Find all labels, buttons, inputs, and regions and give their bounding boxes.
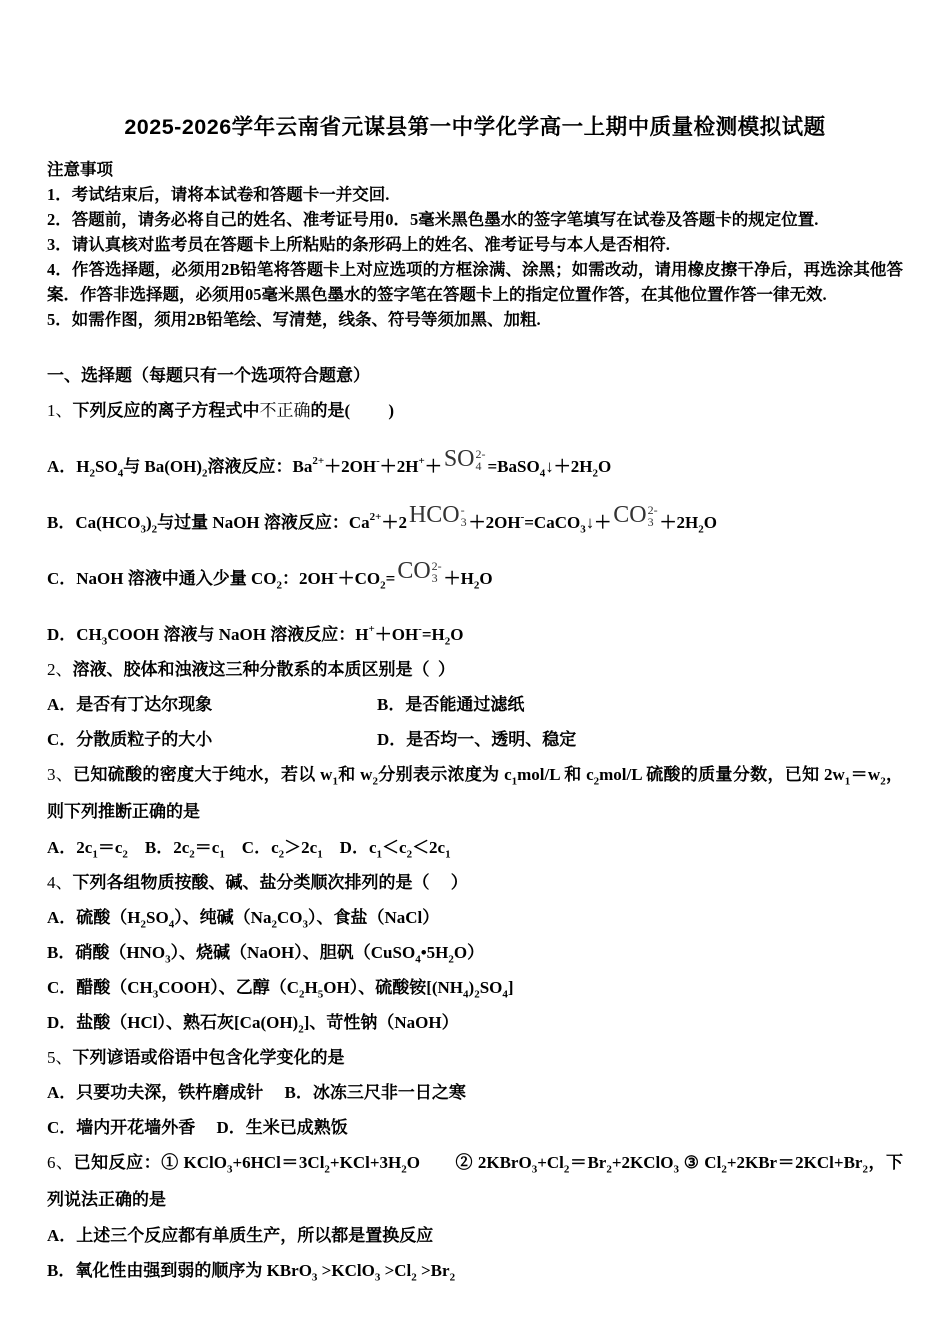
question-2-options: A．是否有丁达尔现象 B．是否能通过滤纸 C．分散质粒子的大小 D．是否均一、透… bbox=[47, 687, 903, 757]
question-5-stem: 5、下列谚语或俗语中包含化学变化的是 bbox=[47, 1040, 903, 1075]
question-3-stem: 3、已知硫酸的密度大于纯水，若以 w1和 w2分别表示浓度为 c1mol/L 和… bbox=[47, 757, 903, 830]
question-4-option-d: D．盐酸（HCl）、熟石灰[Ca(OH)2]、苛性钠（NaOH） bbox=[47, 1005, 903, 1040]
question-2-stem: 2、溶液、胶体和浊液这三种分散系的本质区别是（ ） bbox=[47, 652, 903, 687]
question-5-options-line-1: A．只要功夫深，铁杵磨成针 B．冰冻三尺非一日之寒 bbox=[47, 1075, 903, 1110]
question-text: 已知硫酸的密度大于纯水，若以 w1和 w2分别表示浓度为 c1mol/L 和 c… bbox=[47, 765, 903, 821]
exam-paper-page: 2025-2026学年云南省元谋县第一中学化学高一上期中质量检测模拟试题 注意事… bbox=[0, 0, 950, 1288]
question-2-option-d: D．是否均一、透明、稳定 bbox=[377, 722, 903, 757]
question-number: 5、 bbox=[47, 1048, 73, 1067]
notice-item-5: 5．如需作图，须用2B铅笔绘、写清楚，线条、符号等须加黑、加粗. bbox=[47, 307, 903, 332]
question-6-option-b: B．氧化性由强到弱的顺序为 KBrO3 >KClO3 >Cl2 >Br2 bbox=[47, 1253, 903, 1288]
notice-item-3: 3．请认真核对监考员在答题卡上所粘贴的条形码上的姓名、准考证号与本人是否相符. bbox=[47, 232, 903, 257]
notice-item-4: 4．作答选择题，必须用2B铅笔将答题卡上对应选项的方框涂满、涂黑；如需改动，请用… bbox=[47, 257, 903, 307]
question-2: 2、溶液、胶体和浊液这三种分散系的本质区别是（ ） A．是否有丁达尔现象 B．是… bbox=[47, 652, 903, 757]
question-4-option-b: B．硝酸（HNO3）、烧碱（NaOH）、胆矾（CuSO4•5H2O） bbox=[47, 935, 903, 970]
question-3: 3、已知硫酸的密度大于纯水，若以 w1和 w2分别表示浓度为 c1mol/L 和… bbox=[47, 757, 903, 865]
question-text: 下列各组物质按酸、碱、盐分类顺次排列的是（ ） bbox=[73, 873, 468, 892]
question-number: 1、 bbox=[47, 401, 73, 420]
question-text: 已知反应：① KClO3+6HCl＝3Cl2+KCl+3H2O ② 2KBrO3… bbox=[47, 1153, 903, 1209]
question-1: 1、下列反应的离子方程式中不正确的是( ) A．H2SO4与 Ba(OH)2溶液… bbox=[47, 393, 903, 652]
question-6-stem: 6、已知反应：① KClO3+6HCl＝3Cl2+KCl+3H2O ② 2KBr… bbox=[47, 1145, 903, 1218]
notice-item-2: 2．答题前，请务必将自己的姓名、准考证号用0．5毫米黑色墨水的签字笔填写在试卷及… bbox=[47, 207, 903, 232]
multiple-choice-section: 一、选择题（每题只有一个选项符合题意） 1、下列反应的离子方程式中不正确的是( … bbox=[47, 358, 903, 1288]
question-6: 6、已知反应：① KClO3+6HCl＝3Cl2+KCl+3H2O ② 2KBr… bbox=[47, 1145, 903, 1288]
question-1-option-d: D．CH3COOH 溶液与 NaOH 溶液反应：H+＋OH-=H2O bbox=[47, 617, 903, 652]
page-title: 2025-2026学年云南省元谋县第一中学化学高一上期中质量检测模拟试题 bbox=[47, 110, 903, 141]
question-2-option-a: A．是否有丁达尔现象 bbox=[47, 687, 377, 722]
notice-item-1: 1．考试结束后，请将本试卷和答题卡一并交回. bbox=[47, 182, 903, 207]
question-2-option-c: C．分散质粒子的大小 bbox=[47, 722, 377, 757]
section-heading: 一、选择题（每题只有一个选项符合题意） bbox=[47, 358, 903, 393]
question-5: 5、下列谚语或俗语中包含化学变化的是 A．只要功夫深，铁杵磨成针 B．冰冻三尺非… bbox=[47, 1040, 903, 1145]
question-text: 溶液、胶体和浊液这三种分散系的本质区别是（ ） bbox=[73, 660, 456, 679]
question-3-options-line: A．2c1＝c2 B．2c2＝c1 C．c2＞2c1 D．c1＜c2＜2c1 bbox=[47, 830, 903, 865]
question-6-option-a: A．上述三个反应都有单质生产，所以都是置换反应 bbox=[47, 1218, 903, 1253]
question-1-option-b: B．Ca(HCO3)2与过量 NaOH 溶液反应：Ca2+＋2HCO-3＋2OH… bbox=[47, 505, 903, 540]
notice-heading: 注意事项 bbox=[47, 157, 903, 182]
question-4-stem: 4、下列各组物质按酸、碱、盐分类顺次排列的是（ ） bbox=[47, 865, 903, 900]
question-number: 3、 bbox=[47, 765, 73, 784]
question-2-option-b: B．是否能通过滤纸 bbox=[377, 687, 903, 722]
question-text: 下列谚语或俗语中包含化学变化的是 bbox=[73, 1048, 345, 1067]
question-number: 2、 bbox=[47, 660, 73, 679]
question-1-option-c: C．NaOH 溶液中通入少量 CO2：2OH-＋CO2=CO2-3＋H2O bbox=[47, 561, 903, 596]
question-1-stem: 1、下列反应的离子方程式中不正确的是( ) bbox=[47, 393, 903, 428]
question-number: 6、 bbox=[47, 1153, 74, 1172]
question-5-options-line-2: C．墙内开花墙外香 D．生米已成熟饭 bbox=[47, 1110, 903, 1145]
notice-section: 注意事项 1．考试结束后，请将本试卷和答题卡一并交回. 2．答题前，请务必将自己… bbox=[47, 157, 903, 332]
question-number: 4、 bbox=[47, 873, 73, 892]
question-text: 下列反应的离子方程式中不正确的是( ) bbox=[73, 401, 395, 420]
question-4-option-c: C．醋酸（CH3COOH）、乙醇（C2H5OH）、硫酸铵[(NH4)2SO4] bbox=[47, 970, 903, 1005]
question-1-option-a: A．H2SO4与 Ba(OH)2溶液反应：Ba2+＋2OH-＋2H+＋SO2-4… bbox=[47, 449, 903, 484]
question-4: 4、下列各组物质按酸、碱、盐分类顺次排列的是（ ） A．硫酸（H2SO4）、纯碱… bbox=[47, 865, 903, 1040]
question-4-option-a: A．硫酸（H2SO4）、纯碱（Na2CO3）、食盐（NaCl） bbox=[47, 900, 903, 935]
